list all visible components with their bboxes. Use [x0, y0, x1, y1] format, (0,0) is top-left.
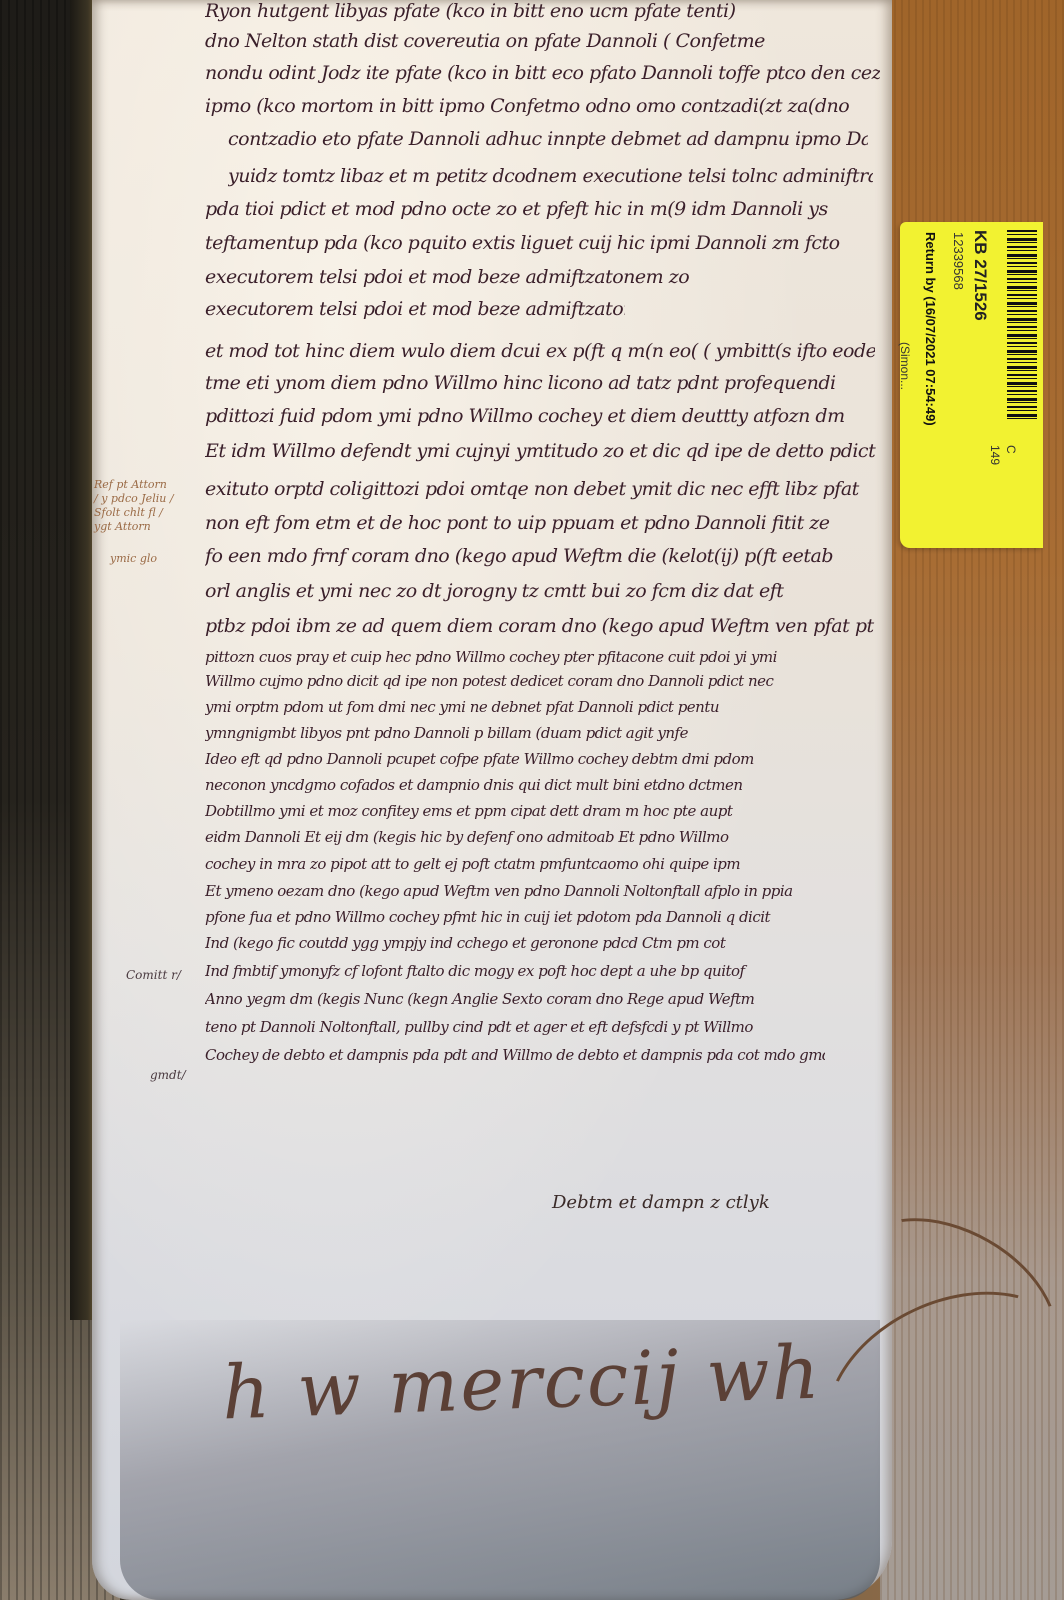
manuscript-line: teftamentup pda (kco pquito extis liguet… — [205, 232, 850, 254]
manuscript-line: contzadio eto pfate Dannoli adhuc innpte… — [228, 128, 868, 150]
manuscript-line: pittozn cuos pray et cuip hec pdno Willm… — [205, 648, 885, 666]
label-reference: KB 27/1526 — [970, 230, 990, 321]
manuscript-line: pdittozi fuid pdom ymi pdno Willmo coche… — [205, 405, 885, 427]
label-number: 149 — [988, 445, 1002, 465]
manuscript-line: non eft fom etm et de hoc pont to uip pp… — [205, 512, 885, 534]
manuscript-line: Ideo eft qd pdno Dannoli pcupet cofpe pf… — [205, 750, 885, 768]
manuscript-line: ptbz pdoi ibm ze ad quem diem coram dno … — [205, 615, 885, 637]
manuscript-line: Cochey de debto et dampnis pda pdt and W… — [205, 1046, 825, 1064]
manuscript-line: cochey in mra zo pipot att to gelt ej po… — [205, 855, 885, 873]
margin-note-gmdt: gmdt/ — [150, 1068, 186, 1082]
manuscript-line: ipmo (kco mortom in bitt ipmo Confetmo o… — [205, 95, 875, 117]
manuscript-line: fo een mdo frnf coram dno (kego apud Wef… — [205, 545, 885, 567]
label-section: C — [1004, 445, 1018, 454]
manuscript-line: pda tioi pdict et mod pdno octe zo et pf… — [205, 198, 880, 220]
manuscript-line: ymi orptm pdom ut fom dmi nec ymi ne deb… — [205, 698, 885, 716]
margin-note-comitt: Comitt r/ — [126, 968, 181, 982]
manuscript-line: exituto orptd coligittozi pdoi omtqe non… — [205, 478, 885, 500]
bottom-annotation: Debtm et dampn z ctlyk — [552, 1192, 770, 1213]
manuscript-line: orl anglis et ymi nec zo dt jorogny tz c… — [205, 580, 885, 602]
margin-note-attorney: Ref pt Attorn / y pdco Jeliu / Sfolt chl… — [94, 478, 174, 534]
manuscript-line: Willmo cujmo pdno dicit qd ipe non potes… — [205, 672, 885, 690]
label-item-id: 12339568 — [951, 232, 966, 290]
manuscript-line: eidm Dannoli Et eij dm (kegis hic by def… — [205, 828, 885, 846]
manuscript-line: Anno yegm dm (kegis Nunc (kegn Anglie Se… — [205, 990, 885, 1008]
manuscript-line: Et ymeno oezam dno (kego apud Weftm ven … — [205, 882, 885, 900]
manuscript-line: ymngnigmbt libyos pnt pdno Dannoli p bil… — [205, 724, 885, 742]
manuscript-line: Dobtillmo ymi et moz confitey ems et ppm… — [205, 802, 885, 820]
manuscript-line: dno Nelton stath dist covereutia on pfat… — [205, 30, 875, 52]
manuscript-line: yuidz tomtz libaz et m petitz dcodnem ex… — [228, 165, 873, 187]
manuscript-line: Ind (kego fic coutdd ygg ympjy ind ccheg… — [205, 934, 885, 952]
manuscript-line: teno pt Dannoli Noltonftall, pullby cind… — [205, 1018, 865, 1036]
manuscript-line: executorem telsi pdoi et mod beze admift… — [205, 266, 845, 288]
manuscript-line: Et idm Willmo defendt ymi cujnyi ymtitud… — [205, 440, 885, 462]
manuscript-line: pfone fua et pdno Willmo cochey pfmt hic… — [205, 908, 885, 926]
manuscript-line: nondu odint Jodz ite pfate (kco in bitt … — [205, 62, 880, 84]
manuscript-line: executorem telsi pdoi et mod beze admift… — [205, 298, 625, 320]
label-requester: (Simon... — [898, 342, 912, 390]
label-return-by: Return by (16/07/2021 07:54:49) — [923, 232, 938, 426]
manuscript-line: neconon yncdgmo cofados et dampnio dnis … — [205, 776, 885, 794]
barcode-icon — [1007, 230, 1037, 420]
manuscript-line: tme eti ynom diem pdno Willmo hinc licon… — [205, 372, 875, 394]
manuscript-line: et mod tot hinc diem wulo diem dcui ex p… — [205, 340, 875, 362]
manuscript-line: Ind fmbtif ymonyfz cf lofont ftalto dic … — [205, 962, 885, 980]
manuscript-line: Ryon hutgent libyas pfate (kco in bitt e… — [205, 0, 875, 22]
margin-note-brown: ymic glo — [110, 552, 180, 566]
